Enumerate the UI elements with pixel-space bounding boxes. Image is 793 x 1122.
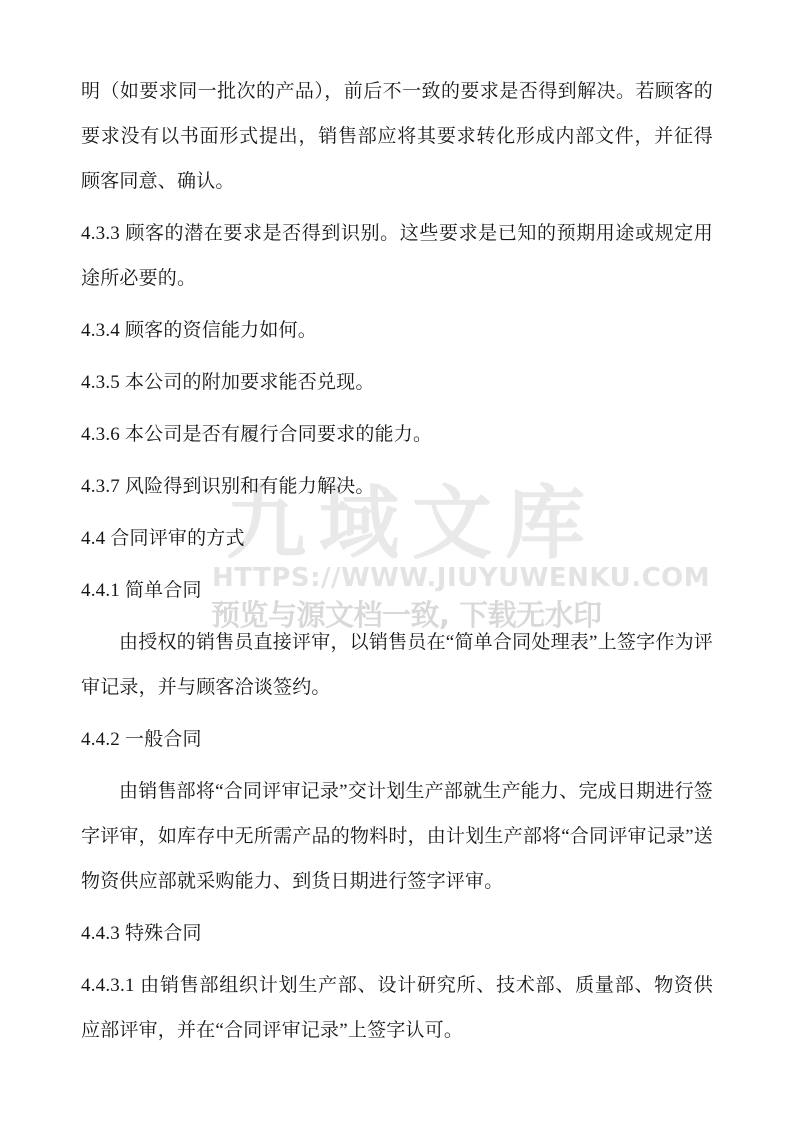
paragraph-4-3-6: 4.3.6 本公司是否有履行合同要求的能力。: [81, 412, 713, 457]
heading-4-4-3: 4.4.3 特殊合同: [81, 911, 713, 956]
paragraph-simple-contract: 由授权的销售员直接评审，以销售员在“简单合同处理表”上签字作为评审记录，并与顾客…: [81, 620, 713, 710]
document-page: 九域文库 HTTPS://WWW.JIUYUWENKU.COM 预览与源文档一致…: [0, 0, 793, 1122]
heading-4-4-1: 4.4.1 简单合同: [81, 568, 713, 613]
document-content: 明（如要求同一批次的产品），前后不一致的要求是否得到解决。若顾客的要求没有以书面…: [0, 0, 793, 1053]
paragraph-4-3-4: 4.3.4 顾客的资信能力如何。: [81, 308, 713, 353]
paragraph-4-4-3-1: 4.4.3.1 由销售部组织计划生产部、设计研究所、技术部、质量部、物资供应部评…: [81, 963, 713, 1053]
paragraph-4-3-3: 4.3.3 顾客的潜在要求是否得到识别。这些要求是已知的预期用途或规定用途所必要…: [81, 211, 713, 301]
heading-4-4: 4.4 合同评审的方式: [81, 516, 713, 561]
paragraph-general-contract: 由销售部将“合同评审记录”交计划生产部就生产能力、完成日期进行签字评审，如库存中…: [81, 769, 713, 904]
heading-4-4-2: 4.4.2 一般合同: [81, 717, 713, 762]
paragraph-4-3-5: 4.3.5 本公司的附加要求能否兑现。: [81, 360, 713, 405]
paragraph-intro-continuation: 明（如要求同一批次的产品），前后不一致的要求是否得到解决。若顾客的要求没有以书面…: [81, 69, 713, 204]
paragraph-4-3-7: 4.3.7 风险得到识别和有能力解决。: [81, 464, 713, 509]
